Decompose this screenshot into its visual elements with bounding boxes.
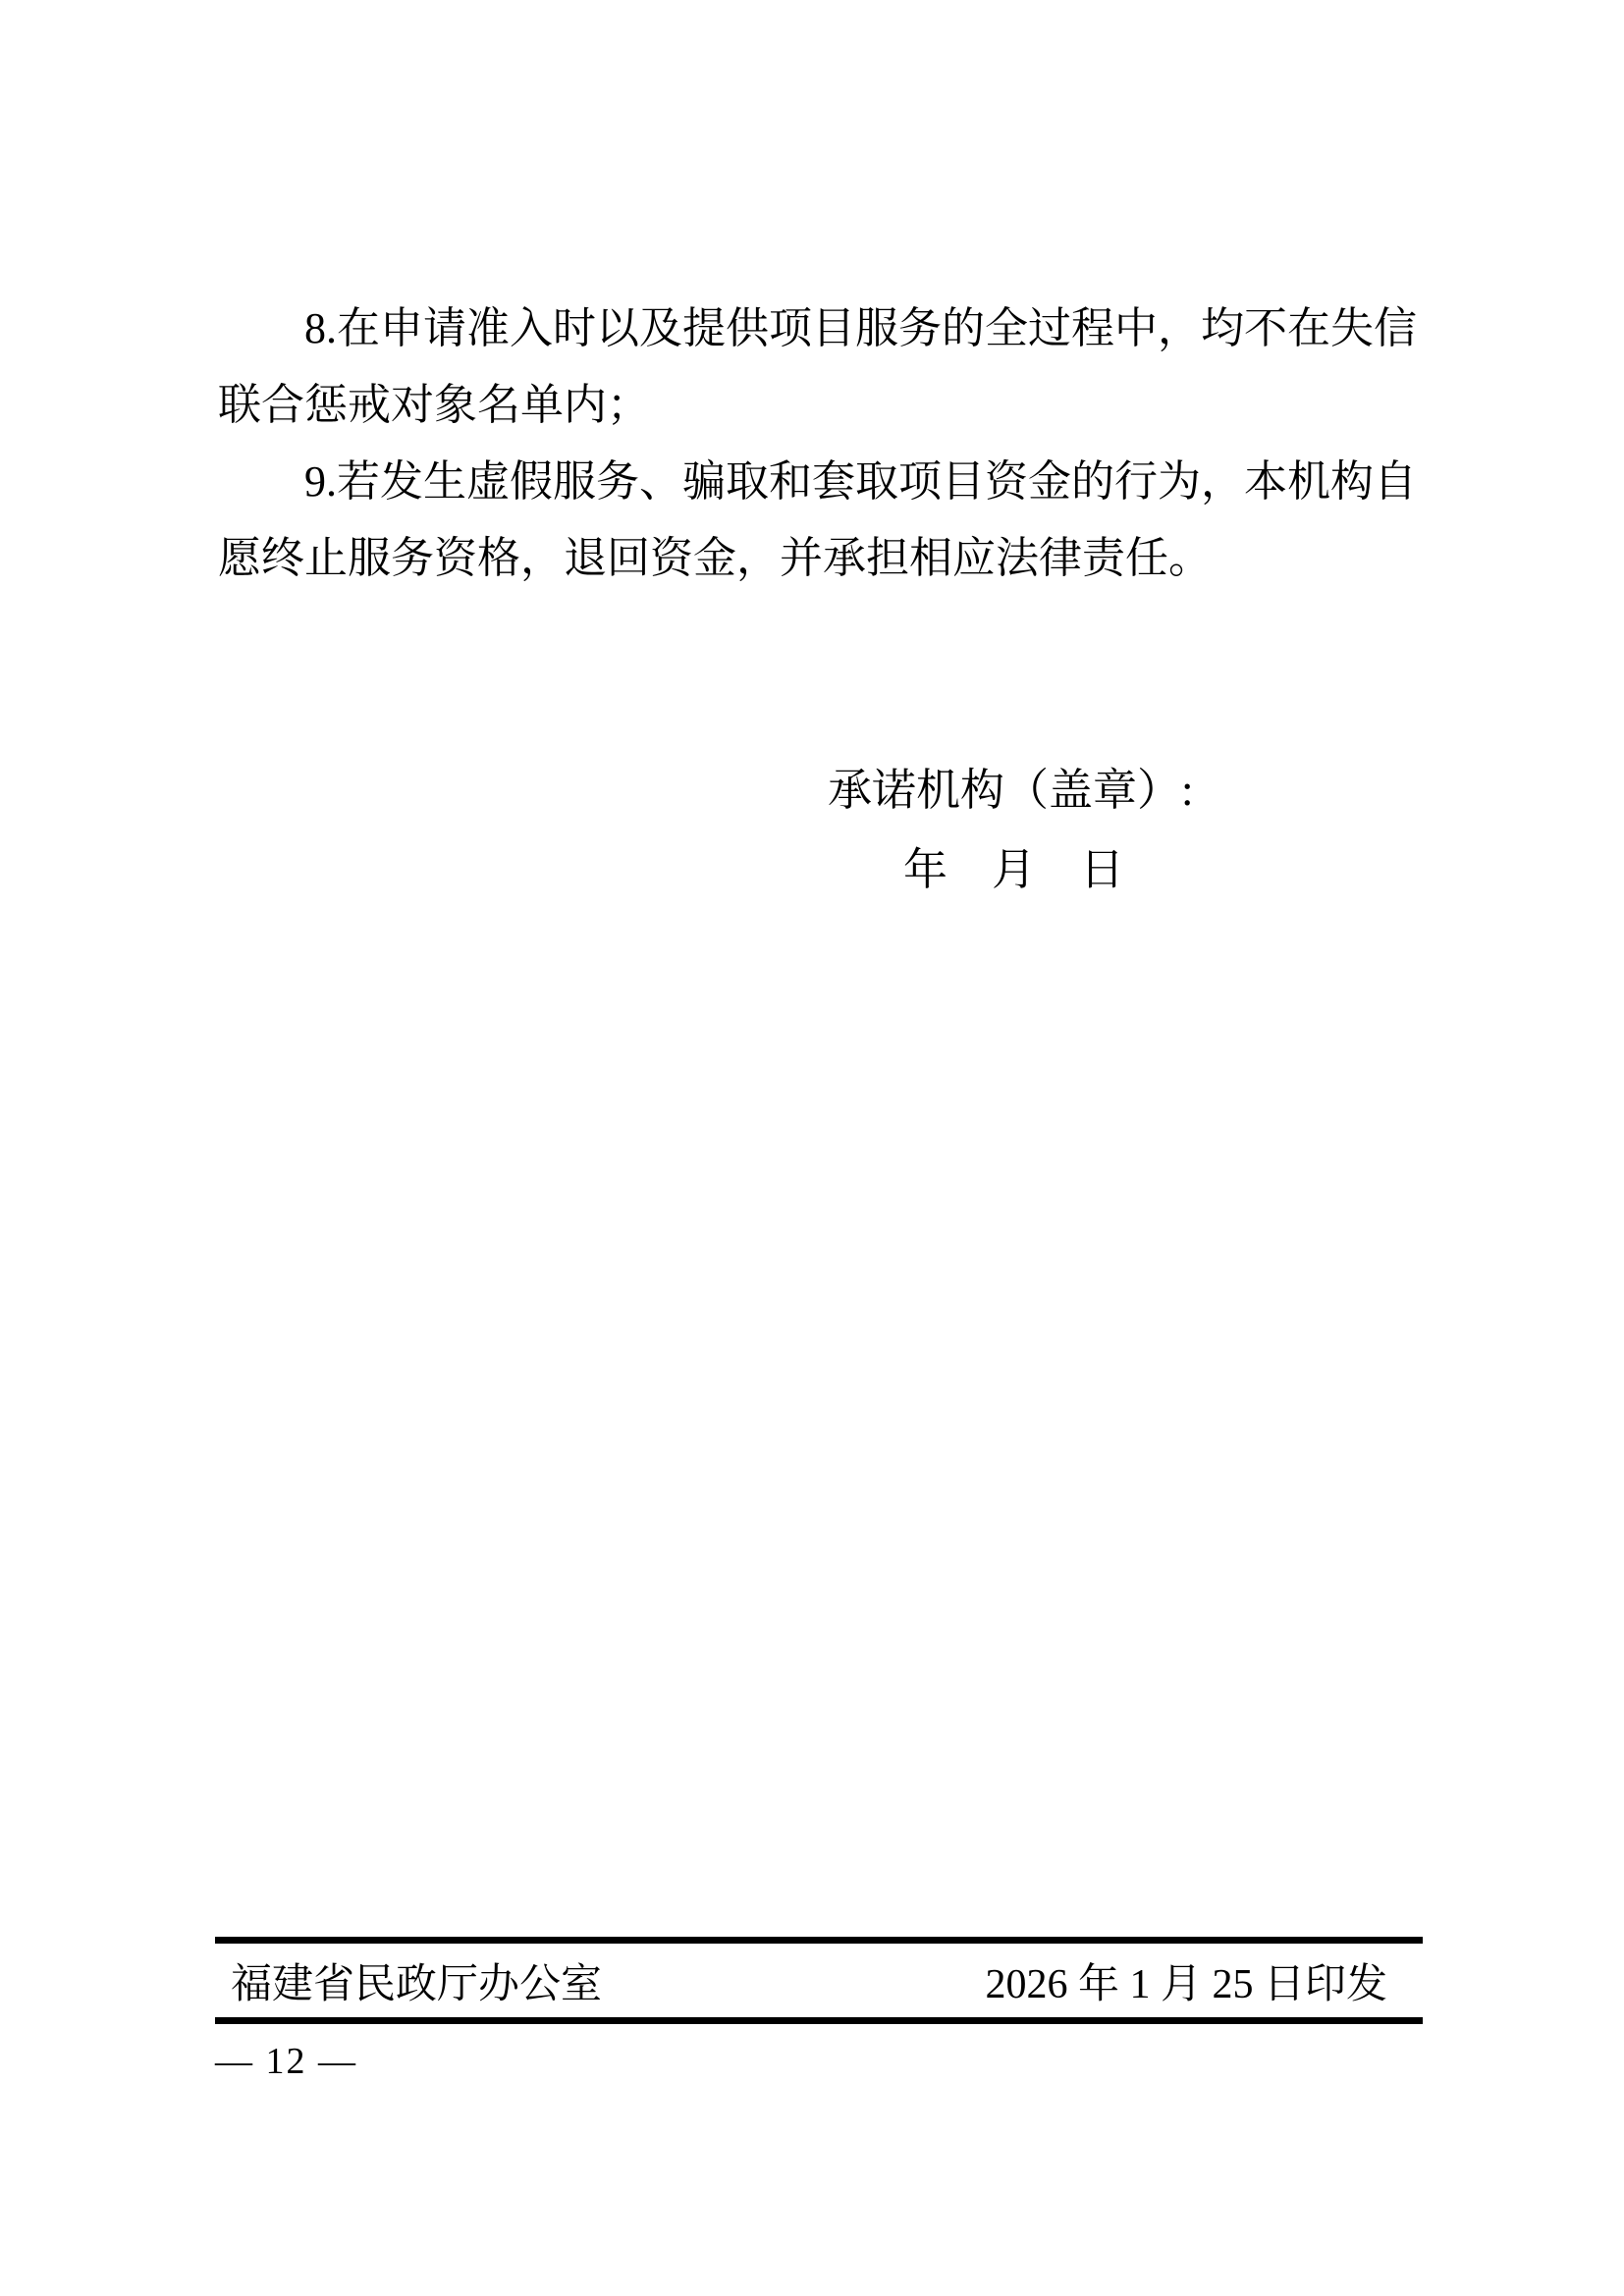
body-text: 8.在申请准入时以及提供项目服务的全过程中，均不在失信 联合惩戒对象名单内； 9…: [218, 291, 1432, 597]
footer-rule-top: [215, 1937, 1423, 1944]
paragraph-8-line-1: 8.在申请准入时以及提供项目服务的全过程中，均不在失信: [218, 291, 1432, 367]
signature-org-seal-line: 承诺机构（盖章）:: [828, 762, 1194, 819]
footer-rule-bottom: [215, 2017, 1423, 2024]
paragraph-8-line-2: 联合惩戒对象名单内；: [218, 367, 1432, 444]
paragraph-9-line-2: 愿终止服务资格，退回资金，并承担相应法律责任。: [218, 520, 1432, 597]
footer-print-date: 2026 年 1 月 25 日印发: [985, 1951, 1387, 2010]
page-number: — 12 —: [215, 2040, 357, 2083]
document-page: 8.在申请准入时以及提供项目服务的全过程中，均不在失信 联合惩戒对象名单内； 9…: [0, 0, 1624, 2296]
signature-date-line: 年 月 日: [903, 842, 1124, 897]
paragraph-9-line-1: 9.若发生虚假服务、骗取和套取项目资金的行为，本机构自: [218, 444, 1432, 520]
footer-row: 福建省民政厅办公室 2026 年 1 月 25 日印发: [215, 1944, 1423, 2017]
footer-issuing-office: 福建省民政厅办公室: [231, 1951, 602, 2010]
